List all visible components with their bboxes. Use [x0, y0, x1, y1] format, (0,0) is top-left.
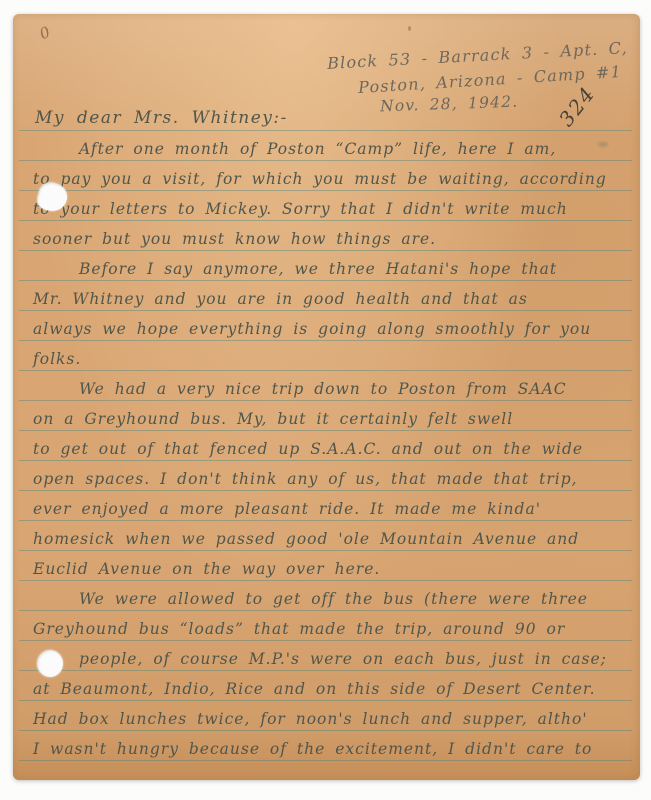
ruled-line	[19, 760, 632, 761]
paper-speck	[408, 26, 411, 31]
handwritten-line: to pay you a visit, for which you must b…	[33, 160, 630, 190]
page-number-mark: 324	[554, 81, 600, 131]
hole-punch-bottom	[37, 650, 63, 677]
handwritten-line: Before I say anymore, we three Hatani's …	[79, 250, 630, 280]
handwritten-line: sooner but you must know how things are.	[33, 220, 630, 250]
handwritten-line: open spaces. I don't think any of us, th…	[33, 460, 630, 490]
salutation-line: My dear Mrs. Whitney:-	[35, 100, 288, 130]
handwritten-line: people, of course M.P.'s were on each bu…	[79, 640, 630, 670]
corner-mark: 0	[37, 23, 53, 43]
handwritten-line: Greyhound bus “loads” that made the trip…	[33, 610, 630, 640]
handwritten-line: ever enjoyed a more pleasant ride. It ma…	[33, 490, 630, 520]
handwritten-line: homesick when we passed good 'ole Mounta…	[33, 520, 630, 550]
handwritten-line: folks.	[33, 340, 630, 370]
handwritten-line: to your letters to Mickey. Sorry that I …	[33, 190, 630, 220]
handwritten-line: Euclid Avenue on the way over here.	[33, 550, 630, 580]
handwritten-line: We were allowed to get off the bus (ther…	[79, 580, 630, 610]
handwritten-line: Mr. Whitney and you are in good health a…	[33, 280, 630, 310]
handwritten-line: at Beaumont, Indio, Rice and on this sid…	[33, 670, 630, 700]
letter-page: 0 Block 53 - Barrack 3 - Apt. C, Poston,…	[13, 14, 640, 780]
scan-background: { "marks": { "corner_mark": "0", "page_n…	[0, 0, 651, 800]
handwritten-line: always we hope everything is going along…	[33, 310, 630, 340]
handwritten-line: After one month of Poston “Camp” life, h…	[79, 130, 630, 160]
handwritten-line: Had box lunches twice, for noon's lunch …	[33, 700, 630, 730]
handwritten-line: on a Greyhound bus. My, but it certainly…	[33, 400, 630, 430]
handwritten-line: I wasn't hungry because of the excitemen…	[33, 730, 630, 760]
handwritten-line: to get out of that fenced up S.A.A.C. an…	[33, 430, 630, 460]
header-date-line: Nov. 28, 1942.	[379, 95, 518, 115]
handwritten-line: We had a very nice trip down to Poston f…	[79, 370, 630, 400]
